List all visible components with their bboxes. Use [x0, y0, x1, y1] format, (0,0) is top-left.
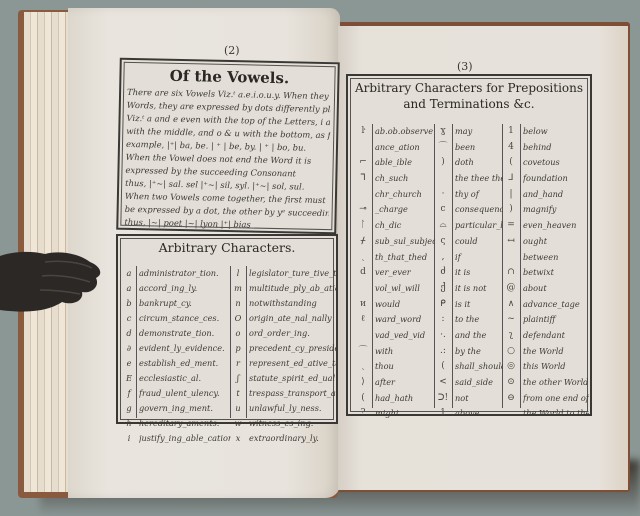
symbol-meaning: trespass_transport_ation [249, 386, 337, 401]
symbol-meaning: thy of [455, 187, 503, 203]
symbol-meaning: and the [455, 328, 503, 344]
symbol-meaning: the World [523, 344, 589, 360]
symbol-meaning: circum_stance_ces. [139, 311, 231, 326]
shorthand-symbol: ς [434, 234, 452, 250]
symbol-meaning: covetous [523, 155, 589, 171]
symbol-meaning: defendant [523, 328, 589, 344]
shorthand-symbol: a [122, 266, 136, 281]
shorthand-symbol: : [434, 312, 452, 328]
symbol-meaning: able_ible [375, 155, 435, 171]
symbol-meaning: could [455, 234, 503, 250]
shorthand-symbol: · [434, 187, 452, 203]
symbol-meaning: vol_wl_will [375, 281, 435, 297]
symbol-meaning: origin_ate_nal_nally [249, 311, 337, 326]
shorthand-symbol: ᛚ [354, 218, 372, 234]
symbol-meaning: govern_ing_ment. [139, 401, 231, 416]
shorthand-symbol: ᚋ [354, 234, 372, 250]
symbol-meaning: said_side [455, 375, 503, 391]
symbol-meaning: it is [455, 265, 503, 281]
symbol-meaning: precedent_cy_president [249, 341, 337, 356]
prepositions-table: ŀ⌐ᒣ⊸ᛚᚋˎdᴎℓ⌒ˎ⟩(? ab.ob.observeance_ationa… [354, 124, 584, 408]
shorthand-symbol: n [230, 296, 246, 311]
shorthand-symbol: ·. [434, 328, 452, 344]
symbol-meaning: consequence [455, 202, 503, 218]
shorthand-symbol: ⊙ [502, 375, 520, 391]
symbol-meaning: plaintiff [523, 312, 589, 328]
symbol-meaning: and_hand [523, 187, 589, 203]
shorthand-symbol: ◎ [502, 359, 520, 375]
prepositions-plate: Arbitrary Characters for Prepositions an… [346, 74, 592, 416]
shorthand-symbol: e [122, 356, 136, 371]
symbol-meaning: notwithstanding [249, 296, 337, 311]
symbol-meaning: legislator_ture_tive_tion [249, 266, 337, 281]
symbol-meaning: if [455, 250, 503, 266]
symbol-meaning: foundation [523, 171, 589, 187]
shorthand-symbol: ∂ [122, 341, 136, 356]
symbol-meaning: witness_es_ing. [249, 416, 337, 431]
symbol-meaning: after [375, 375, 435, 391]
symbol-meaning: th_that_thed [375, 250, 435, 266]
symbol-meaning: magnify [523, 202, 589, 218]
shorthand-symbol: a [122, 281, 136, 296]
symbol-meaning: hereditary_aments. [139, 416, 231, 431]
symbol-meaning: advance_tage [523, 297, 589, 313]
symbol-meaning: not [455, 391, 503, 407]
shorthand-symbol [502, 406, 520, 422]
symbol-meaning: ought [523, 234, 589, 250]
shorthand-symbol [354, 328, 372, 344]
shorthand-symbol: u [230, 401, 246, 416]
shorthand-symbol: , [434, 250, 452, 266]
col1-meanings: ab.ob.observeance_ationable_iblech_suchc… [375, 124, 435, 408]
shorthand-symbol: ⌐ [354, 155, 372, 171]
symbol-meaning: ord_order_ing. [249, 326, 337, 341]
shorthand-symbol: ~ [502, 312, 520, 328]
symbol-meaning: demonstrate_tion. [139, 326, 231, 341]
arbitrary-plate: Arbitrary Characters. aabcd∂eEfghi admin… [116, 234, 338, 424]
shorthand-symbol: ) [502, 202, 520, 218]
shorthand-symbol: 1 [502, 124, 520, 140]
symbol-meaning: fraud_ulent_ulency. [139, 386, 231, 401]
symbol-meaning: ver_ever [375, 265, 435, 281]
shorthand-symbol: ɣ [434, 124, 452, 140]
shorthand-symbol: ძ [434, 265, 452, 281]
shorthand-symbol: h [122, 416, 136, 431]
symbol-meaning: would [375, 297, 435, 313]
shorthand-symbol: O [230, 311, 246, 326]
symbol-meaning: might [375, 406, 435, 422]
shorthand-symbol: f [122, 386, 136, 401]
shorthand-symbol: ↤ [502, 234, 520, 250]
symbol-meaning: ance_ation [375, 140, 435, 156]
symbol-meaning: below [523, 124, 589, 140]
symbol-meaning: been [455, 140, 503, 156]
col2-symbols: ɣ⌒)·c⌓ς,ძქᑭ:·..:(<ᑐ!1 [434, 124, 452, 408]
symbol-meaning: administrator_tion. [139, 266, 231, 281]
symbol-meaning: establish_ed_ment. [139, 356, 231, 371]
symbol-meaning: _charge [375, 202, 435, 218]
shorthand-symbol [434, 171, 452, 187]
symbol-meaning: justify_ing_able_cation. [139, 431, 231, 446]
shorthand-symbol: ᑐ! [434, 391, 452, 407]
shorthand-symbol: ⊸ [354, 202, 372, 218]
symbol-meaning: accord_ing_ly. [139, 281, 231, 296]
shorthand-symbol: ⅃ [502, 171, 520, 187]
shorthand-symbol: ᑭ [434, 297, 452, 313]
vowels-plate: Of the Vowels. There are six Vowels Viz.… [116, 58, 340, 235]
shorthand-symbol: ⟩ [354, 375, 372, 391]
symbol-meaning: may [455, 124, 503, 140]
shorthand-symbol: ⌒ [354, 344, 372, 360]
symbol-meaning: with [375, 344, 435, 360]
shorthand-symbol: ∩ [502, 265, 520, 281]
symbol-meaning: shall_should [455, 359, 503, 375]
col3-symbols: 14(⅃|)=↤∩@∧~ʅ○◎⊙⊖ [502, 124, 520, 408]
symbol-meaning: thou [375, 359, 435, 375]
shorthand-symbol: ʃ [230, 371, 246, 386]
shorthand-symbol: E [122, 371, 136, 386]
col1-symbols: ŀ⌐ᒣ⊸ᛚᚋˎdᴎℓ⌒ˎ⟩(? [354, 124, 372, 408]
shorthand-symbol: ŀ [354, 124, 372, 140]
shorthand-symbol: c [122, 311, 136, 326]
shorthand-symbol: c [434, 202, 452, 218]
symbol-meaning: represent_ed_ative_tation [249, 356, 337, 371]
shorthand-symbol: ᴎ [354, 297, 372, 313]
symbol-meaning: it is not [455, 281, 503, 297]
shorthand-symbol: ˎ [354, 359, 372, 375]
shorthand-symbol: d [122, 326, 136, 341]
shorthand-symbol [354, 187, 372, 203]
hand-page-weight-icon [0, 248, 105, 318]
shorthand-symbol: ○ [502, 344, 520, 360]
shorthand-symbol: ⊖ [502, 391, 520, 407]
symbol-meaning: even_heaven [523, 218, 589, 234]
symbol-meaning: the other World [523, 375, 589, 391]
shorthand-symbol: ᒣ [354, 171, 372, 187]
symbol-meaning: unlawful_ly_ness. [249, 401, 337, 416]
shorthand-symbol: ( [434, 359, 452, 375]
shorthand-symbol: ⌓ [434, 218, 452, 234]
shorthand-symbol: < [434, 375, 452, 391]
symbol-meaning: the thee they [455, 171, 503, 187]
symbol-meaning: behind [523, 140, 589, 156]
symbol-meaning: betwixt [523, 265, 589, 281]
symbol-meaning: multitude_ply_ab_ation [249, 281, 337, 296]
shorthand-symbol: ˎ [354, 250, 372, 266]
shorthand-symbol: .: [434, 344, 452, 360]
symbol-meaning: vad_ved_vid [375, 328, 435, 344]
symbol-meaning: had_hath [375, 391, 435, 407]
shorthand-symbol [354, 140, 372, 156]
shorthand-symbol: ( [354, 391, 372, 407]
arbitrary-table: aabcd∂eEfghi administrator_tion.accord_i… [122, 266, 332, 418]
shorthand-symbol: ʅ [502, 328, 520, 344]
shorthand-symbol: r [230, 356, 246, 371]
symbol-meaning: above [455, 406, 503, 422]
shorthand-symbol: l [230, 266, 246, 281]
shorthand-symbol: p [230, 341, 246, 356]
shorthand-symbol: ? [354, 406, 372, 422]
shorthand-symbol: ⌒ [434, 140, 452, 156]
left-page-number: (2) [224, 44, 240, 57]
shorthand-symbol: 4 [502, 140, 520, 156]
shorthand-symbol: t [230, 386, 246, 401]
symbol-meaning: ward_word [375, 312, 435, 328]
symbol-meaning: from one end of [523, 391, 589, 407]
shorthand-symbol: i [122, 431, 136, 446]
shorthand-symbol: ქ [434, 281, 452, 297]
symbol-meaning: extraordinary_ly. [249, 431, 337, 446]
shorthand-symbol: o [230, 326, 246, 341]
symbol-meaning: is it [455, 297, 503, 313]
shorthand-symbol [354, 281, 372, 297]
symbol-meaning: sub_sul_subject [375, 234, 435, 250]
symbol-meaning: by the [455, 344, 503, 360]
shorthand-symbol: | [502, 187, 520, 203]
shorthand-symbol: ℓ [354, 312, 372, 328]
symbol-meaning: ch_such [375, 171, 435, 187]
symbol-meaning: doth [455, 155, 503, 171]
symbol-meaning: ecclesiastic_al. [139, 371, 231, 386]
symbol-meaning: evident_ly_evidence. [139, 341, 231, 356]
symbol-meaning: ab.ob.observe [375, 124, 435, 140]
symbol-meaning: the World to the other [523, 406, 589, 422]
arbitrary-left-symbols: aabcd∂eEfghi [122, 266, 136, 418]
shorthand-symbol: g [122, 401, 136, 416]
shorthand-symbol: w [230, 416, 246, 431]
shorthand-symbol: b [122, 296, 136, 311]
arbitrary-right-meanings: legislator_ture_tive_tionmultitude_ply_a… [249, 266, 337, 418]
symbol-meaning: to the [455, 312, 503, 328]
symbol-meaning: bankrupt_cy. [139, 296, 231, 311]
symbol-meaning: ch_dic [375, 218, 435, 234]
col3-meanings: belowbehindcovetousfoundationand_handmag… [523, 124, 589, 408]
shorthand-symbol: m [230, 281, 246, 296]
shorthand-symbol: ∧ [502, 297, 520, 313]
shorthand-symbol: = [502, 218, 520, 234]
symbol-meaning: chr_church [375, 187, 435, 203]
shorthand-symbol: 1 [434, 406, 452, 422]
shorthand-symbol [502, 250, 520, 266]
col2-meanings: maybeendoththe thee theythy ofconsequenc… [455, 124, 503, 408]
shorthand-symbol: ( [502, 155, 520, 171]
symbol-meaning: particular_ly [455, 218, 503, 234]
symbol-meaning: between [523, 250, 589, 266]
shorthand-symbol: ) [434, 155, 452, 171]
symbol-meaning: statute_spirit_ed_ual [249, 371, 337, 386]
shorthand-symbol: x [230, 431, 246, 446]
shorthand-symbol: d [354, 265, 372, 281]
arbitrary-right-symbols: lmnOoprʃtuwx [230, 266, 246, 418]
symbol-meaning: this World [523, 359, 589, 375]
symbol-meaning: about [523, 281, 589, 297]
shorthand-symbol: @ [502, 281, 520, 297]
arbitrary-left-meanings: administrator_tion.accord_ing_ly.bankrup… [139, 266, 231, 418]
right-page-number: (3) [457, 60, 473, 73]
